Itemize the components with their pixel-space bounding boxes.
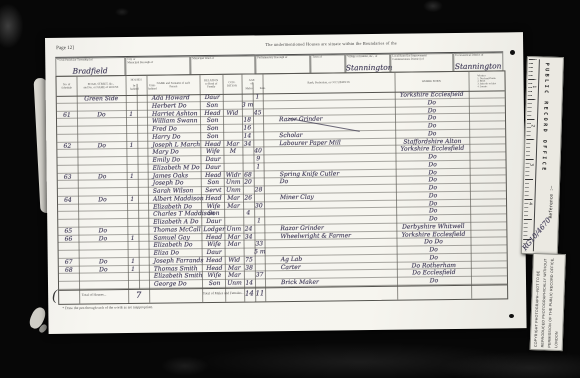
cell-name: Thomas McCall: [148, 226, 201, 234]
cell-ageM: 4: [243, 210, 254, 218]
cell-inh: [126, 157, 137, 165]
col-inhabited: In- habited: [130, 84, 139, 91]
cell-sched: 67: [59, 258, 79, 266]
cell-inh: [126, 134, 137, 142]
cell-inh: 1: [127, 234, 138, 242]
cell-sched: 63: [58, 173, 78, 181]
cell-sched: 65: [58, 227, 78, 235]
cell-road: [79, 250, 128, 258]
cell-dis: [471, 253, 507, 261]
header-box-label: Village or Hamlet, &c., of: [347, 55, 389, 59]
cell-ageM: 26: [243, 194, 254, 202]
cell-inh: 1: [127, 172, 138, 180]
cell-ageF: [253, 171, 264, 179]
cell-born: Do: [397, 277, 471, 285]
ruler-number: 1: [531, 85, 536, 88]
cell-inh: [127, 165, 138, 173]
cell-dis: [469, 106, 505, 114]
cell-name: Sarah Wilson: [148, 187, 201, 195]
cell-road: [78, 204, 127, 212]
cell-ageF: [254, 279, 265, 287]
cell-sched: [59, 243, 79, 251]
cell-uninh: [137, 165, 148, 173]
cell-uninh: [137, 141, 148, 149]
cell-name: Joseph Do: [148, 179, 201, 187]
copyright-strip: COPYRIGHT PHOTOGRAPH—NOT TO BE REPRODUCE…: [530, 253, 566, 351]
cell-ageF: [254, 264, 265, 272]
cell-sched: [58, 204, 78, 212]
cell-ageF: 30: [254, 202, 265, 210]
cell-ageM: [243, 241, 254, 249]
header-box: Parliamentary Borough of: [255, 55, 311, 75]
col-age: AGE of: [249, 79, 255, 86]
cell-rel: Head: [200, 109, 223, 117]
cell-uninh: [137, 172, 148, 180]
col-relation: RELATION to Head of Family: [204, 80, 218, 90]
cell-sched: 61: [57, 111, 77, 119]
cell-sched: [57, 158, 77, 166]
col-schedule: No. of Schedule: [61, 83, 72, 90]
cell-dis: [470, 214, 506, 222]
cell-inh: [126, 149, 137, 157]
cell-road: [79, 281, 128, 289]
cell-rel: Wife: [201, 202, 224, 210]
cell-sched: [58, 189, 78, 197]
cell-cond: Unm: [224, 225, 243, 233]
cell-sched: [59, 251, 79, 259]
cell-cond: Mar: [224, 233, 243, 241]
cell-cond: M: [223, 148, 242, 156]
cell-sched: [58, 181, 78, 189]
cell-dis: [470, 191, 506, 199]
cell-dis: [470, 238, 506, 246]
cell-ageF: [254, 225, 265, 233]
cell-rel: Head: [202, 264, 225, 272]
cell-inh: 1: [128, 265, 139, 273]
cell-uninh: [138, 250, 149, 258]
cell-dis: [469, 152, 505, 160]
census-rows: Green SideAda HowardDaur1Yorkshire Eccle…: [57, 90, 507, 289]
cell-road: Do: [79, 258, 128, 266]
cell-sched: [58, 220, 78, 228]
cell-cond: [223, 101, 242, 109]
cell-name: Charles T Maddison: [148, 210, 201, 218]
cell-road: Green Side: [77, 95, 126, 103]
cell-road: [77, 149, 126, 157]
cell-ageM: 34: [242, 140, 253, 148]
cell-cond: Wid: [223, 109, 242, 117]
cell-cond: Mar: [224, 194, 243, 202]
cell-ageF: [253, 194, 264, 202]
cell-ageF: 37: [254, 272, 265, 280]
cell-uninh: [136, 95, 147, 103]
cell-rel: Head: [202, 257, 225, 265]
cell-sched: 62: [57, 142, 77, 150]
cell-dis: [470, 207, 506, 215]
cell-uninh: [136, 110, 147, 118]
cell-road: [77, 126, 126, 134]
cell-road: [77, 157, 126, 165]
cell-sched: [57, 134, 77, 142]
cell-inh: 1: [127, 196, 138, 204]
cell-uninh: [137, 196, 148, 204]
cell-ageM: [242, 155, 253, 163]
cell-ageF: [252, 101, 263, 109]
cell-ageF: [254, 233, 265, 241]
cell-inh: [126, 103, 137, 111]
cell-ageM: [242, 109, 253, 117]
cell-sched: [58, 165, 78, 173]
cell-road: Do: [78, 227, 127, 235]
census-table: No. of Schedule ROAD, STREET, &c., and N…: [55, 70, 508, 304]
cell-rel: Wife: [200, 148, 223, 156]
cell-dis: [470, 183, 506, 191]
cell-rel: Head: [200, 140, 223, 148]
cell-ageM: [243, 186, 254, 194]
cell-cond: [224, 210, 243, 218]
cell-cond: [224, 163, 243, 171]
cell-ageM: [242, 148, 253, 156]
cell-road: [78, 219, 127, 227]
cell-ageM: 16: [242, 124, 253, 132]
cell-inh: 1: [126, 141, 137, 149]
cell-inh: [126, 118, 137, 126]
cell-road: Do: [78, 196, 127, 204]
cell-ageF: 1: [254, 217, 265, 225]
cell-uninh: [138, 203, 149, 211]
cell-rel: Son: [200, 117, 223, 125]
cell-rel: Son: [202, 280, 225, 288]
cell-road: Do: [77, 111, 126, 119]
cell-uninh: [138, 242, 149, 250]
ruler-number: 2: [530, 124, 535, 127]
cell-name: Samuel Gay: [148, 234, 201, 242]
cell-cond: [223, 125, 242, 133]
cell-dis: [471, 269, 507, 277]
cell-rel: Lodger: [201, 226, 224, 234]
cell-ageF: 1: [253, 163, 264, 171]
cell-dis: [470, 230, 506, 238]
cell-inh: [127, 219, 138, 227]
cell-cond: Mar: [224, 202, 243, 210]
cell-dis: [469, 137, 505, 145]
page-number-label: Page 12]: [56, 45, 74, 51]
cell-dis: [469, 121, 505, 129]
cell-cond: [223, 156, 242, 164]
header-box: City or Municipal Borough of: [125, 56, 191, 76]
header-box: Ecclesiastical District ofStannington: [453, 52, 504, 72]
total-males-value: 14: [244, 289, 255, 297]
cell-inh: [127, 180, 138, 188]
cell-ageM: [244, 272, 255, 280]
cell-uninh: [137, 157, 148, 165]
cell-sched: [57, 103, 77, 111]
cell-rel: Daur: [200, 156, 223, 164]
cell-sched: [59, 274, 79, 282]
cell-inh: [127, 211, 138, 219]
punch-dot: [509, 314, 514, 318]
cell-dis: [470, 222, 506, 230]
col-houses: HOUSES: [130, 78, 141, 81]
cell-uninh: [138, 257, 149, 265]
cell-rel: Daur: [200, 94, 223, 102]
header-box-label: Parliamentary Borough of: [257, 56, 308, 60]
cell-ageM: 38: [244, 264, 255, 272]
col-disability: Whether 1. Deaf-and-Dumb 2. Blind 3. Imb…: [477, 74, 496, 88]
header-box-label: Local Board [or Improvement Commissioner…: [392, 54, 451, 61]
cell-inh: [127, 227, 138, 235]
cell-dis: [469, 129, 505, 137]
cell-rel: Son: [201, 179, 224, 187]
cell-rel: Son: [201, 210, 224, 218]
total-houses-value: 7: [128, 291, 149, 301]
cell-uninh: [137, 149, 148, 157]
footnote: * Draw the pen through such of the words…: [62, 306, 153, 311]
cell-name: Elizabeth Do: [149, 241, 202, 249]
cell-inh: [126, 95, 137, 103]
cell-dis: [469, 145, 505, 153]
header-box-label: *Civil Parish [or Township] of: [57, 58, 123, 62]
cell-rel: Wife: [202, 272, 225, 280]
cell-ageM: 3 m: [242, 101, 253, 109]
cell-rel: Head: [201, 171, 224, 179]
cell-road: [77, 103, 126, 111]
header-box: Village or Hamlet, &c., ofStannington: [345, 54, 391, 74]
cell-uninh: [137, 134, 148, 142]
cell-cond: [225, 249, 244, 257]
cell-road: [78, 188, 127, 196]
cell-road: [78, 180, 127, 188]
cell-rel: Head: [201, 233, 224, 241]
cell-cond: [223, 117, 242, 125]
cell-rel: Servt: [201, 187, 224, 195]
cell-cond: Mar: [225, 264, 244, 272]
total-houses-label: Total of Houses...: [80, 293, 108, 297]
header-box: Town of: [310, 54, 346, 73]
header-box-label: Town of: [312, 55, 344, 59]
cell-ageM: [242, 93, 253, 101]
pro-ruler-strip: 1234 PUBLIC RECORD OFFICE Reference :— R…: [521, 56, 564, 255]
cell-rel: Daur: [202, 249, 225, 257]
cell-ageM: 24: [243, 225, 254, 233]
cell-ageM: [243, 217, 254, 225]
totals-brace: (: [52, 288, 57, 305]
cell-cond: [223, 94, 242, 102]
cell-uninh: [138, 211, 149, 219]
cell-dis: [470, 199, 506, 207]
header-box-label: Ecclesiastical District of: [455, 53, 502, 57]
cell-cond: Mar: [225, 272, 244, 280]
cell-cond: [223, 132, 242, 140]
cell-rel: Head: [201, 195, 224, 203]
header-box: *Civil Parish [or Township] ofBradfield: [55, 57, 126, 77]
total-females-value: 11: [255, 289, 266, 297]
cell-dis: [471, 276, 507, 284]
cell-cond: Unm: [225, 280, 244, 288]
cell-sched: [57, 96, 77, 104]
cell-uninh: [137, 188, 148, 196]
col-where-born: WHERE BORN: [422, 80, 441, 83]
cell-inh: 1: [126, 110, 137, 118]
cell-ageM: 34: [243, 233, 254, 241]
cell-ageF: [253, 124, 264, 132]
cell-ageF: [253, 179, 264, 187]
cell-sched: [59, 282, 79, 290]
cell-uninh: [137, 126, 148, 134]
cell-inh: 1: [128, 258, 139, 266]
cell-road: [77, 134, 126, 142]
cell-uninh: [138, 273, 149, 281]
cell-rel: Wife: [201, 241, 224, 249]
copyright-notice: COPYRIGHT PHOTOGRAPH—NOT TO BE REPRODUCE…: [533, 256, 563, 348]
col-name: NAME and Surname of each Person: [156, 82, 190, 89]
cell-road: [78, 165, 127, 173]
cell-road: [78, 211, 127, 219]
cell-sched: 68: [59, 266, 79, 274]
cell-name: Albert Maddison: [148, 195, 201, 203]
cell-ageM: [243, 202, 254, 210]
cell-cond: Unm: [224, 179, 243, 187]
cell-dis: [470, 160, 506, 168]
cell-ageM: 20: [243, 179, 254, 187]
cell-cond: Mar: [223, 140, 242, 148]
cell-name: George Do: [149, 280, 202, 288]
cell-dis: [471, 261, 507, 269]
cell-name: Elizabeth A Do: [148, 218, 201, 226]
cell-rel: Daur: [201, 218, 224, 226]
census-page: Page 12] The undermentioned Houses are s…: [45, 32, 527, 334]
cell-rel: Daur: [201, 164, 224, 172]
public-record-office-label: PUBLIC RECORD OFFICE: [540, 63, 549, 173]
cell-ageF: 9: [253, 155, 264, 163]
cell-ageF: 33: [254, 241, 265, 249]
cell-road: Do: [77, 142, 126, 150]
cell-inh: [127, 188, 138, 196]
cell-cond: Widr: [224, 171, 243, 179]
cell-ageF: 45: [252, 109, 263, 117]
cell-inh: [128, 273, 139, 281]
ruler-number: 3: [528, 163, 533, 166]
header-box-label: City or Municipal Borough of: [127, 57, 188, 64]
header-box-label: Municipal Ward of: [192, 56, 253, 60]
cell-uninh: [136, 103, 147, 111]
header-box: Municipal Ward of: [190, 55, 256, 75]
col-age-males: Males: [245, 88, 252, 91]
ruler-number: 4: [527, 202, 532, 205]
header-box: Local Board [or Improvement Commissioner…: [390, 53, 454, 73]
cell-sched: [57, 127, 77, 135]
cell-cond: Unm: [224, 187, 243, 195]
cell-cond: Mar: [224, 241, 243, 249]
cell-ageM: 68: [243, 171, 254, 179]
cell-ageF: 40: [253, 148, 264, 156]
cell-uninh: [138, 234, 149, 242]
cell-ageF: 28: [253, 186, 264, 194]
cell-ageF: [254, 256, 265, 264]
cell-inh: [126, 126, 137, 134]
cell-sched: [57, 150, 77, 158]
cell-inh: [128, 250, 139, 258]
cell-uninh: [138, 281, 149, 289]
cell-uninh: [138, 265, 149, 273]
cell-ageM: 75: [244, 256, 255, 264]
cell-uninh: [137, 180, 148, 188]
cell-ageF: [253, 140, 264, 148]
cell-dis: [470, 176, 506, 184]
cell-uninh: [136, 118, 147, 126]
cell-road: Do: [78, 235, 127, 243]
total-males-females-label: Total of Males and Females...: [188, 292, 244, 296]
cell-dis: [471, 245, 507, 253]
cell-ageM: 14: [242, 132, 253, 140]
cell-uninh: [138, 227, 149, 235]
cell-rel: Son: [200, 125, 223, 133]
cell-ageF: 5 m: [254, 248, 265, 256]
cell-ageM: 14: [244, 279, 255, 287]
cell-ageM: [243, 163, 254, 171]
cell-ageF: [254, 210, 265, 218]
cell-road: [79, 242, 128, 250]
cell-dis: [470, 168, 506, 176]
cell-rel: Son: [200, 133, 223, 141]
page-heading: The undermentioned Houses are situate wi…: [233, 40, 429, 47]
cell-inh: [127, 203, 138, 211]
cell-road: Do: [79, 266, 128, 274]
cell-rel: Son: [200, 102, 223, 110]
cell-dis: [469, 90, 505, 98]
cell-ageM: 18: [242, 117, 253, 125]
cell-name: Elizabeth Do: [148, 203, 201, 211]
cell-sched: 64: [58, 196, 78, 204]
cell-uninh: [138, 219, 149, 227]
cell-sched: [58, 212, 78, 220]
cell-inh: [128, 242, 139, 250]
cell-road: [79, 273, 128, 281]
col-occupation: Rank, Profession, or OCCUPATION: [307, 81, 349, 85]
cell-dis: [469, 114, 505, 122]
cell-cond: Wid: [225, 256, 244, 264]
punch-dot: [510, 50, 515, 55]
cell-inh: [128, 281, 139, 289]
scanned-census-view: Page 12] The undermentioned Houses are s…: [0, 0, 580, 378]
cell-ageF: [253, 132, 264, 140]
cell-cond: [224, 218, 243, 226]
col-condition: CON- DITION: [227, 81, 237, 88]
cell-ageF: 1: [252, 93, 263, 101]
cell-dis: [469, 98, 505, 106]
col-road: ROAD, STREET, &c., and No. or NAME of HO…: [84, 82, 119, 89]
cell-sched: [57, 119, 77, 127]
cell-sched: 66: [58, 235, 78, 243]
cell-road: Do: [78, 173, 127, 181]
cell-ageM: [244, 248, 255, 256]
cell-road: [77, 118, 126, 126]
cell-ageF: [252, 117, 263, 125]
